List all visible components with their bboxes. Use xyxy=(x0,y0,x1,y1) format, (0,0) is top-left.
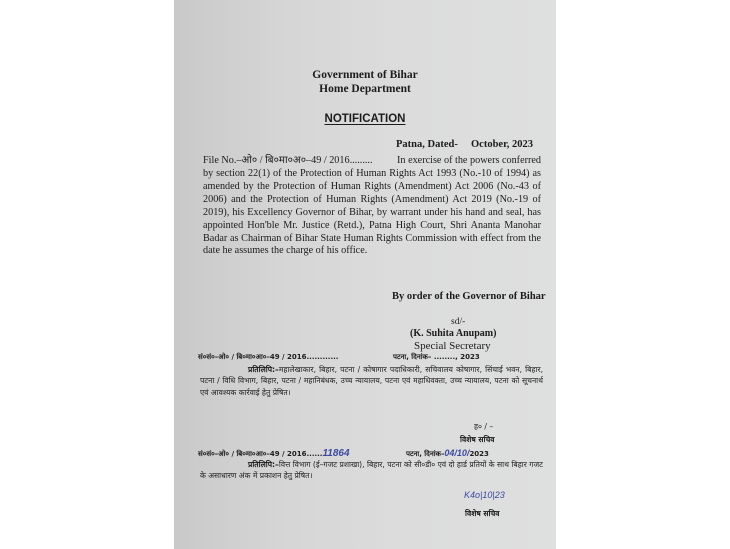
file-no-line: File No.–ओ० / बि०मा०अ०–49 / 2016........… xyxy=(203,155,541,168)
memo1-place-date: पटना, दिनांक– ........, 2023 xyxy=(393,353,480,362)
notification-body: File No.–ओ० / बि०मा०अ०–49 / 2016........… xyxy=(203,155,541,258)
memo2-ref-no: सं०सं०–ओ० / बि०मा०आ०–49 / 2016......1186… xyxy=(198,448,350,459)
memo2-place-date: पटना, दिनांक–04/10/2023 xyxy=(406,448,489,459)
file-no-label: File No.– xyxy=(203,155,242,166)
notification-title-wrap: NOTIFICATION xyxy=(174,109,556,127)
order-line: By order of the Governor of Bihar xyxy=(392,291,546,302)
memo2-handwritten-date: 04/10/ xyxy=(444,448,469,458)
notification-title: NOTIFICATION xyxy=(325,113,406,125)
document-page: Government of Bihar Home Department NOTI… xyxy=(174,0,556,549)
memo1-ref-no: सं०सं०–ओ० / बि०मा०आ०–49 / 2016..........… xyxy=(198,353,338,362)
header-government: Government of Bihar xyxy=(174,69,556,81)
signatory-designation: Special Secretary xyxy=(414,340,491,352)
body-paragraph: by section 22(1) of the Protection of Hu… xyxy=(203,168,541,258)
sd-mark: sd/- xyxy=(451,317,465,327)
memo2-handwritten-initials: K4o|10|23 xyxy=(464,490,505,500)
memo1-copy-label: प्रतिलिपि:– xyxy=(248,365,279,374)
memo2-date-prefix: पटना, दिनांक– xyxy=(406,450,444,458)
memo2-copy-label: प्रतिलिपि:– xyxy=(248,460,279,469)
file-no-value: ओ० / बि०मा०अ०–49 / 2016......... xyxy=(242,155,373,166)
memo1-copy-para: प्रतिलिपि:–महालेखाकार, बिहार, पटना / कोष… xyxy=(200,364,543,398)
memo2-year: 2023 xyxy=(469,450,488,458)
signatory-name: (K. Suhita Anupam) xyxy=(410,328,496,339)
dated-label: Patna, Dated- xyxy=(396,139,458,150)
memo2-ref-text: सं०सं०–ओ० / बि०मा०आ०–49 / 2016...... xyxy=(198,450,322,458)
memo2-handwritten-no: 11864 xyxy=(322,448,349,459)
memo1-designation: विशेष सचिव xyxy=(460,435,495,445)
dated-value: October, 2023 xyxy=(471,139,533,150)
memo2-copy-para: प्रतिलिपि:–वित्त विभाग (ई–गजट प्रशाखा), … xyxy=(200,459,543,482)
memo2-designation: विशेष सचिव xyxy=(465,509,500,519)
lead-in-text: In exercise of the powers conferred xyxy=(397,155,541,168)
header-department: Home Department xyxy=(174,83,556,95)
memo1-sign: ह० / – xyxy=(474,422,493,432)
